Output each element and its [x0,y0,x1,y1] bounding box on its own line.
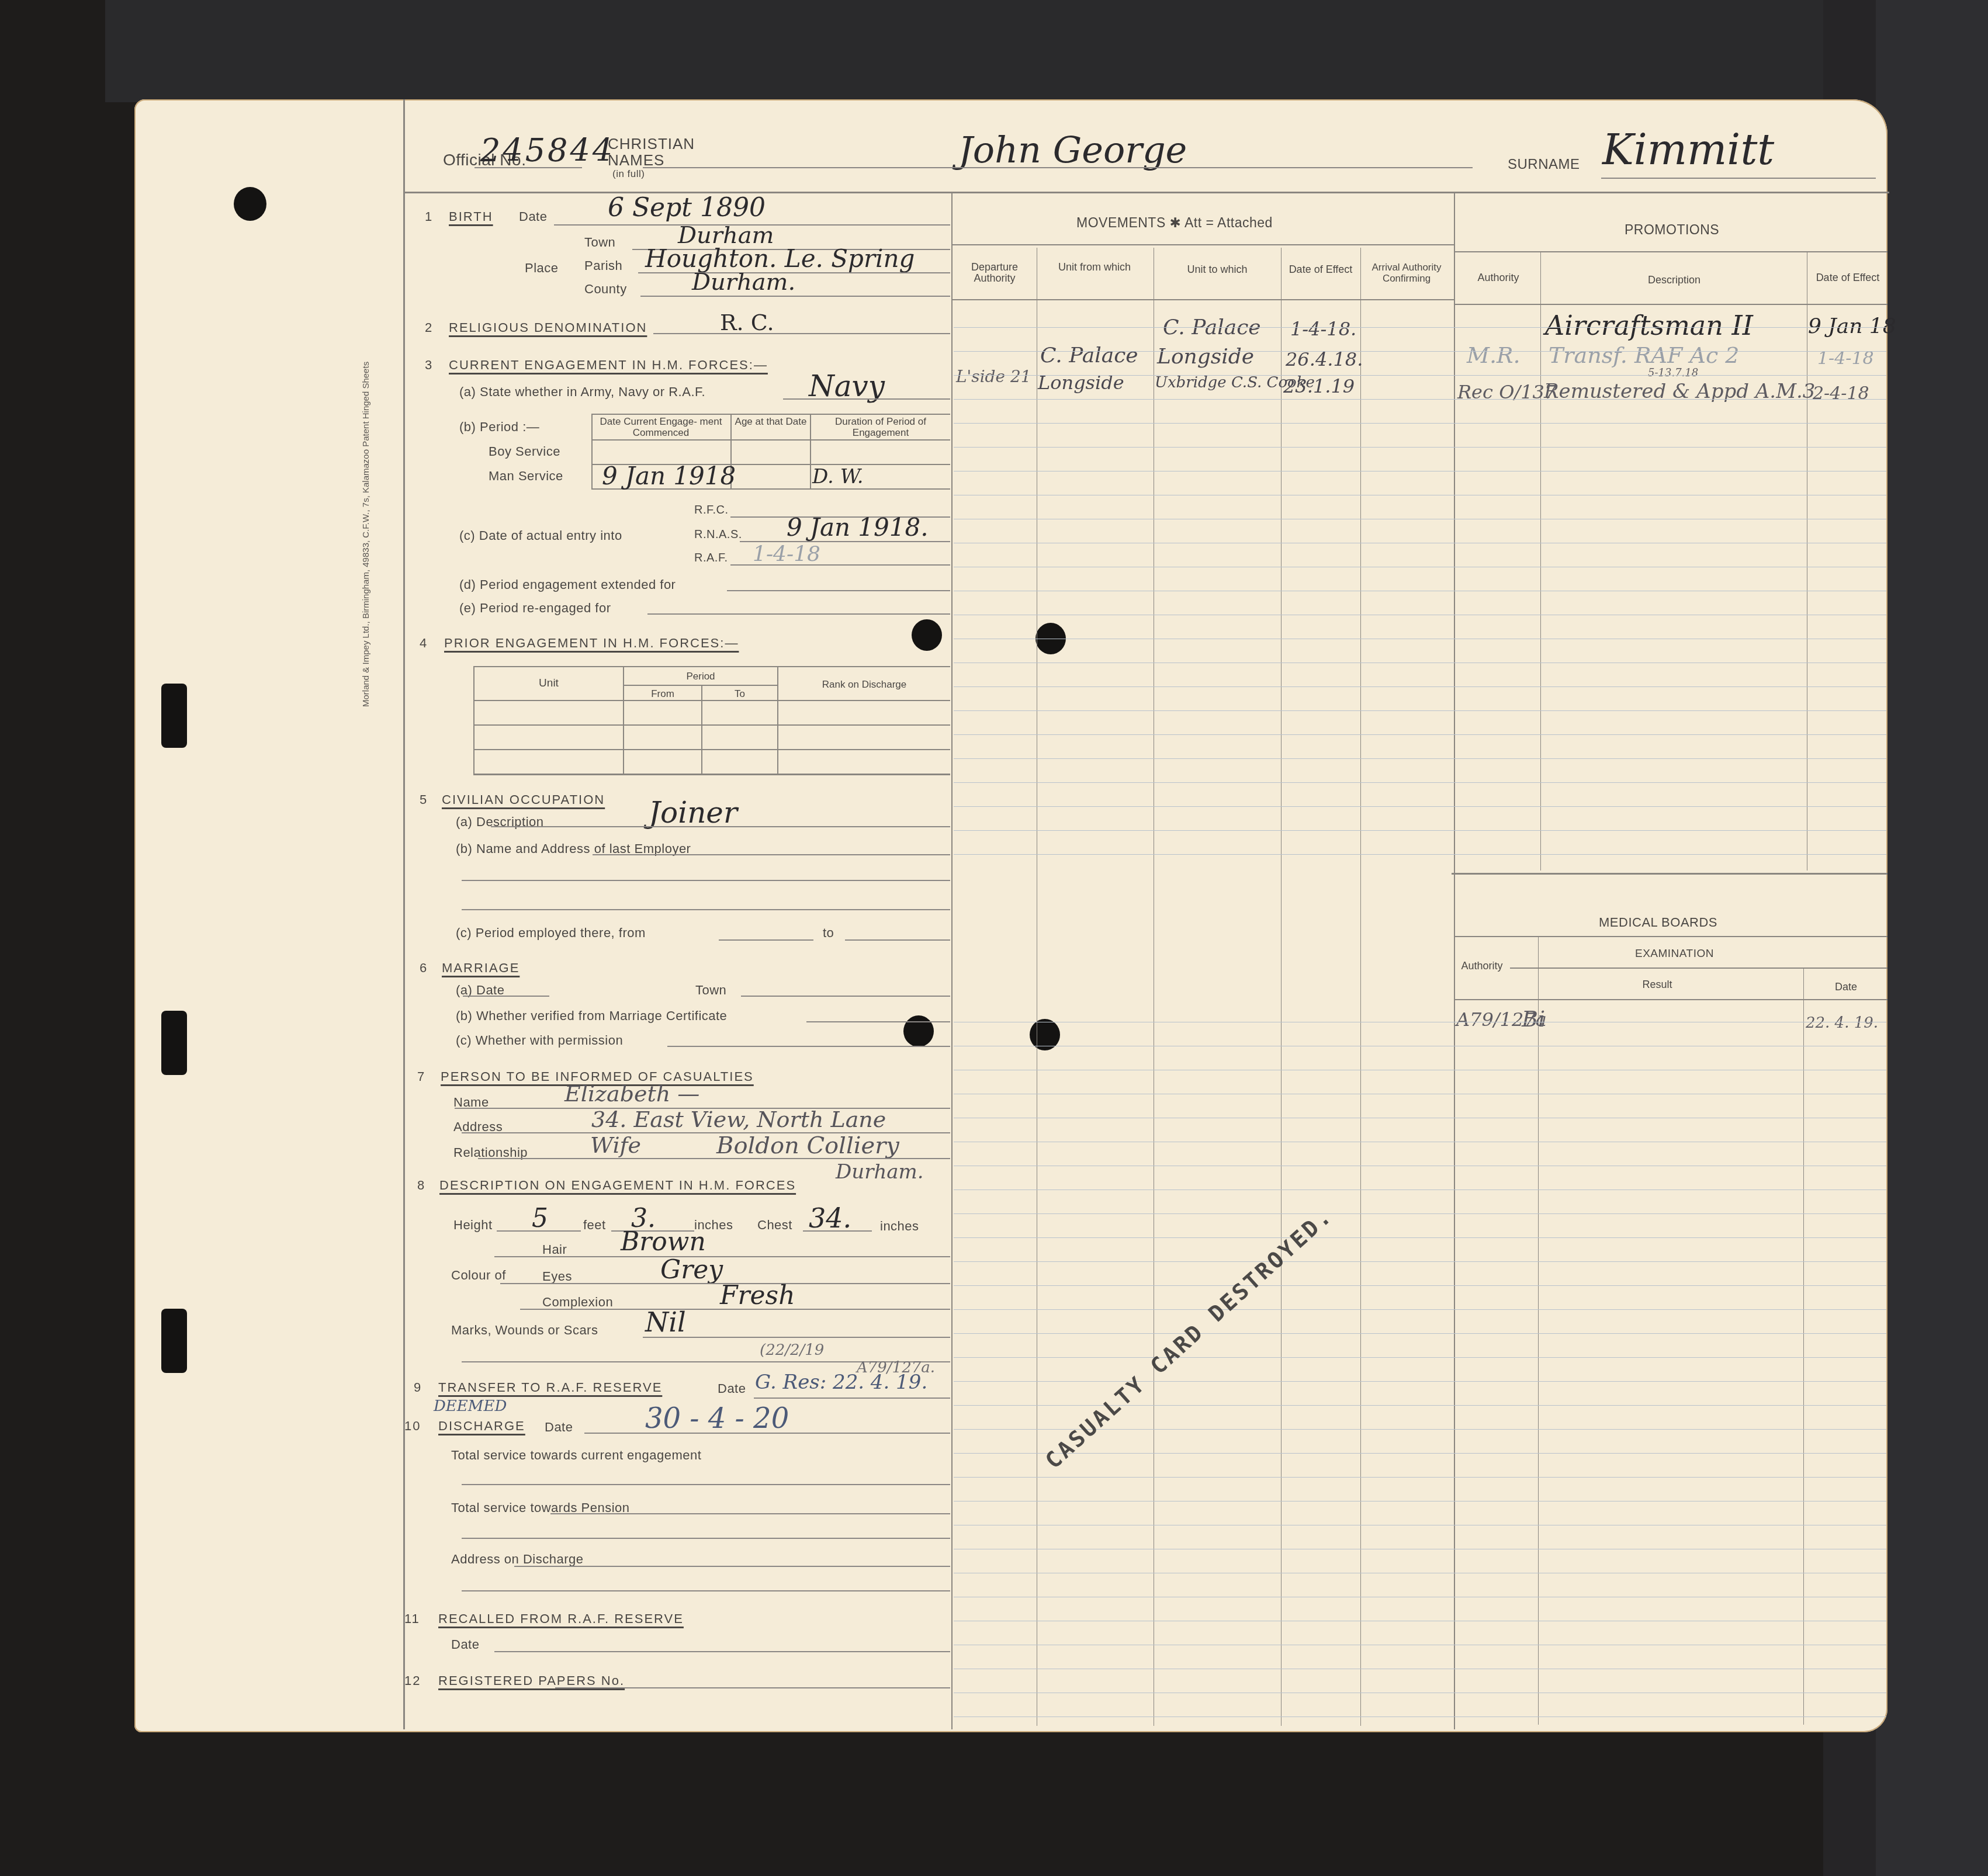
medical-boards-title-divider [1454,936,1887,937]
period-extended-line [727,590,950,591]
period-table-header-bottom [591,439,950,441]
prior-period-divider [623,685,777,686]
prior-header-to: To [702,688,777,699]
ledger-line [954,1501,1886,1502]
birth-date-label: Date [519,209,547,224]
discharge-title-text: DISCHARGE [438,1419,525,1433]
movement-row-3-departure[interactable]: L'side 21 [956,367,1031,386]
surname-value[interactable]: Kimmitt [1602,125,1774,174]
ledger-line [954,686,1886,687]
rnas-label: R.N.A.S. [694,528,742,542]
promotion-row-2-authority[interactable]: M.R. [1467,342,1521,368]
marks-value[interactable]: Nil [645,1306,686,1338]
medical-header-bottom [1454,999,1887,1000]
surname-label: SURNAME [1508,157,1580,173]
marriage-permission-label: (c) Whether with permission [456,1033,623,1048]
printer-imprint: Morland & Impey Ltd., Birmingham, 49833,… [361,362,371,707]
feet-label: feet [583,1218,606,1233]
ledger-line [954,663,1886,663]
ledger-line [954,1285,1886,1286]
recalled-title: RECALLED FROM R.A.F. RESERVE [438,1611,684,1627]
ledger-line [954,1022,1886,1022]
birth-town-label: Town [584,235,615,250]
transfer-date-line [754,1398,950,1399]
section-4-number: 4 [420,636,428,651]
birth-county-label: County [584,282,627,297]
actual-entry-label: (c) Date of actual entry into [459,528,622,543]
movements-header-unit-to: Unit to which [1156,264,1279,275]
prior-header-period: Period [624,671,777,682]
christian-names-value[interactable]: John George [958,129,1187,171]
medical-boards-title: MEDICAL BOARDS [1599,915,1717,930]
contact-relationship-line [478,1158,950,1159]
ledger-line [954,710,1886,711]
movements-col-3 [1281,248,1282,1726]
movements-header-arrival: Arrival Authority Confirming [1363,262,1450,284]
birth-date-value[interactable]: 6 Sept 1890 [608,193,766,223]
promotions-title: PROMOTIONS [1625,222,1719,238]
total-service-pension-line-2 [462,1538,950,1539]
section-12-number: 12 [404,1673,421,1688]
man-service-date-commenced[interactable]: 9 Jan 1918 [602,462,736,490]
ledger-line [954,1357,1886,1358]
promotion-row-1-date[interactable]: 9 Jan 18 [1808,314,1896,338]
period-header-duration: Duration of Period of Engagement [812,416,949,438]
service-branch-line [783,398,950,400]
colour-of-label: Colour of [451,1268,506,1283]
ledger-line [954,591,1886,591]
current-engagement-title-text: CURRENT ENGAGEMENT IN H.M. FORCES:— [449,358,768,372]
ledger-line [954,1693,1886,1693]
marriage-certificate-label: (b) Whether verified from Marriage Certi… [456,1008,727,1024]
medical-col-2 [1803,968,1804,1725]
ledger-line [954,447,1886,448]
period-header-age: Age at that Date [733,416,809,427]
ledger-line [954,1621,1886,1621]
period-reengaged-label: (e) Period re-engaged for [459,601,611,616]
contact-relationship-value[interactable]: Wife [590,1132,641,1158]
promotions-header-date: Date of Effect [1809,272,1886,283]
eyes-value[interactable]: Grey [660,1255,723,1285]
registered-papers-line [555,1687,950,1688]
transfer-date-label: Date [718,1381,746,1396]
period-employed-label: (c) Period employed there, from [456,925,646,941]
prior-table-row1 [473,724,950,726]
complexion-label: Complexion [542,1295,613,1310]
medical-row-1-result[interactable]: Bi [1522,1006,1545,1032]
hair-label: Hair [542,1242,567,1257]
promotions-title-divider [1455,251,1887,252]
chest-label: Chest [757,1218,792,1233]
marriage-date-line [463,996,549,997]
promotions-col-1 [1540,251,1541,871]
period-employed-to-label: to [823,925,834,941]
medical-row-1-date[interactable]: 22. 4. 19. [1806,1014,1878,1032]
ledger-line [954,1477,1886,1478]
raf-label: R.A.F. [694,552,728,565]
birth-place-label: Place [525,261,559,276]
height-feet-line [497,1230,581,1232]
ledger-line [954,1381,1886,1382]
movement-row-2-from[interactable]: C. Palace [1040,344,1138,367]
ledger-line [954,1237,1886,1238]
ledger-line [954,1717,1886,1717]
punch-hole-icon [234,187,266,221]
raf-line [730,564,950,566]
civilian-occupation-title: CIVILIAN OCCUPATION [442,792,605,807]
ledger-line [954,830,1886,831]
prior-table-bottom [473,774,950,775]
description-title-text: DESCRIPTION ON ENGAGEMENT IN H.M. FORCES [439,1178,796,1192]
ledger-line [954,1213,1886,1214]
discharge-date-line [584,1433,950,1434]
description-title: DESCRIPTION ON ENGAGEMENT IN H.M. FORCES [439,1178,796,1193]
prior-engagement-title: PRIOR ENGAGEMENT IN H.M. FORCES:— [444,636,739,651]
transfer-reserve-title: TRANSFER TO R.A.F. RESERVE [438,1380,662,1395]
ledger-line [954,567,1886,567]
recalled-title-text: RECALLED FROM R.A.F. RESERVE [438,1611,684,1626]
official-no-line [475,167,582,168]
height-feet-value[interactable]: 5 [532,1204,548,1233]
last-employer-line-3 [462,909,950,910]
movements-col-1 [1037,248,1037,1726]
ledger-line [954,854,1886,855]
section-11-number: 11 [404,1611,420,1627]
promotions-header-authority: Authority [1457,272,1539,283]
movement-row-1-date[interactable]: 1-4-18. [1290,318,1356,340]
discharge-title: DISCHARGE [438,1419,525,1434]
promotion-row-2-description[interactable]: Transf. RAF Ac 2 [1549,342,1740,368]
medical-examination-label: EXAMINATION [1635,948,1714,960]
contact-address-value-2[interactable]: Boldon Colliery [716,1132,899,1159]
ledger-line [954,1333,1886,1334]
ledger-line [954,1645,1886,1645]
section-9-number: 9 [414,1380,422,1395]
birth-title-text: BIRTH [449,209,493,224]
ledger-line [954,782,1886,783]
discharge-date-label: Date [545,1420,573,1435]
christian-label-line1: CHRISTIAN [608,136,695,152]
ledger-line [954,806,1886,807]
margin-rule [403,99,405,1729]
period-extended-label: (d) Period engagement extended for [459,577,676,592]
section-2-number: 2 [425,320,433,335]
chest-value[interactable]: 34. [809,1202,851,1234]
column-divider-left-form [951,193,953,1729]
period-table-col2 [810,414,811,488]
discharge-address-line-2 [462,1590,950,1591]
movements-col-4 [1360,248,1361,1726]
ledger-line [954,1166,1886,1166]
punch-hole-icon [912,619,942,651]
last-employer-line-2 [462,880,950,881]
promotion-row-1-description[interactable]: Aircraftsman II [1545,310,1753,341]
period-employed-from-line [719,939,813,941]
ledger-line [954,351,1886,352]
ledger-line [954,639,1886,639]
movements-header-divider [953,299,1454,300]
movement-row-3-date[interactable]: 23.1.19 [1283,375,1355,397]
religion-title: RELIGIOUS DENOMINATION [449,320,647,335]
contact-address-value-3[interactable]: Durham. [836,1160,924,1184]
discharge-date-value[interactable]: 30 - 4 - 20 [645,1402,789,1435]
ledger-line [954,327,1886,328]
discharge-annotation: DEEMED [434,1398,507,1415]
ledger-line [954,1309,1886,1310]
christian-names-label: CHRISTIAN NAMES [608,136,695,168]
birth-parish-label: Parish [584,258,622,273]
ledger-line [954,1261,1886,1262]
boy-service-label: Boy Service [489,444,560,459]
service-branch-label: (a) State whether in Army, Navy or R.A.F… [459,384,705,400]
ledger-line [954,423,1886,424]
religion-line [653,333,950,334]
section-1-number: 1 [425,209,433,224]
official-no-value[interactable]: 245844 [480,132,615,169]
ledger-line [954,1525,1886,1525]
section-5-number: 5 [420,792,428,807]
period-label: (b) Period :— [459,419,539,435]
period-table-col0 [591,414,593,488]
medical-header-result: Result [1511,979,1803,990]
medical-boards-top-divider [1452,873,1887,875]
marriage-certificate-line [806,1021,950,1022]
occupation-description-value[interactable]: Joiner [649,796,737,830]
marriage-permission-line [667,1046,950,1047]
prior-table-header-bottom [473,700,950,701]
movements-title-divider [953,244,1454,245]
ledger-line [954,543,1886,543]
section-3-number: 3 [425,358,433,373]
rnas-value[interactable]: 9 Jan 1918. [787,513,929,542]
ledger-line [954,1453,1886,1454]
total-service-current-label: Total service towards current engagement [451,1448,701,1463]
ledger-line [954,495,1886,495]
total-service-current-line [462,1484,950,1485]
medical-header-date: Date [1806,982,1886,993]
ledger-line [954,519,1886,519]
promotion-row-3-date[interactable]: 2-4-18 [1813,383,1869,404]
binder-tab-icon [161,1309,187,1373]
contact-name-value[interactable]: Elizabeth — [564,1081,699,1107]
marks-line [643,1337,950,1338]
promotions-header-description: Description [1543,275,1806,286]
religion-title-text: RELIGIOUS DENOMINATION [449,320,647,335]
eyes-label: Eyes [542,1269,572,1284]
period-employed-to-line [845,939,950,941]
ledger-line [954,615,1886,615]
ledger-line [954,1597,1886,1597]
contact-address-value-1[interactable]: 34. East View, North Lane [591,1107,886,1132]
prior-header-unit: Unit [475,678,623,689]
complexion-value[interactable]: Fresh [720,1281,795,1310]
prior-table-row2 [473,749,950,750]
movements-header-unit-from: Unit from which [1039,262,1150,273]
discharge-address-label: Address on Discharge [451,1552,583,1567]
height-label: Height [453,1218,493,1233]
marks-label: Marks, Wounds or Scars [451,1323,598,1338]
period-header-date: Date Current Engage- ment Commenced [594,416,728,438]
ledger-line [954,1142,1886,1142]
prior-engagement-title-text: PRIOR ENGAGEMENT IN H.M. FORCES:— [444,636,739,650]
ledger-line [954,734,1886,735]
christian-label-line2: NAMES [608,152,695,168]
raf-value[interactable]: 1-4-18 [753,542,820,566]
chest-line [803,1230,872,1232]
binder-tab-icon [161,1011,187,1075]
chest-inches-label: inches [880,1219,919,1234]
ledger-line [954,1669,1886,1669]
recalled-date-line [494,1651,950,1652]
hair-value[interactable]: Brown [621,1227,706,1257]
marriage-town-label: Town [695,983,726,998]
section-8-number: 8 [417,1178,425,1193]
ledger-line [954,375,1886,376]
discharge-address-line [514,1566,950,1567]
movements-header-date: Date of Effect [1283,264,1358,275]
movement-row-2-to[interactable]: Longside [1157,345,1254,369]
rfc-label: R.F.C. [694,504,729,517]
ledger-line [954,1046,1886,1046]
transfer-note-date: (22/2/19 [760,1341,824,1359]
ledger-line [954,1094,1886,1094]
promotion-row-3-superscript: 5-13.7.18 [1648,367,1698,379]
movements-title: MOVEMENTS ✱ Att = Attached [1076,215,1273,231]
complexion-line [520,1309,950,1310]
christian-names-line [643,167,1473,168]
binder-tab-icon [161,684,187,748]
transfer-reserve-title-text: TRANSFER TO R.A.F. RESERVE [438,1380,662,1395]
surname-line [1601,178,1876,179]
occupation-description-line [491,826,950,827]
ledger-line [954,399,1886,400]
recalled-date-label: Date [451,1637,479,1652]
prior-table-col1 [623,666,624,775]
section-6-number: 6 [420,960,428,976]
section-7-number: 7 [417,1069,425,1084]
birth-county-value[interactable]: Durham. [692,269,795,296]
registered-papers-title: REGISTERED PAPERS No. [438,1673,625,1688]
ledger-line [954,758,1886,759]
current-engagement-title: CURRENT ENGAGEMENT IN H.M. FORCES:— [449,358,768,373]
promotions-col-2 [1807,251,1807,871]
medical-examination-divider [1510,968,1887,969]
civilian-occupation-title-text: CIVILIAN OCCUPATION [442,792,605,807]
binder-cover-right-edge [1876,0,1988,1876]
prior-header-rank: Rank on Discharge [778,679,950,690]
promotion-row-3-description[interactable]: Remustered & Appd A.M.3 [1544,380,1815,403]
ledger-line [954,1070,1886,1070]
punch-hole-icon [903,1015,934,1047]
section-birth-title: BIRTH [449,209,493,224]
man-service-duration[interactable]: D. W. [812,465,863,488]
period-reengaged-line [647,613,950,615]
occupation-description-label: (a) Description [456,814,544,830]
man-service-label: Man Service [489,469,563,484]
prior-table-top [473,666,950,667]
marriage-town-line [741,996,950,997]
movements-col-2 [1154,248,1154,1726]
ledger-line [954,1573,1886,1573]
transfer-date-value[interactable]: G. Res: 22. 4. 19. [755,1371,927,1394]
ledger-line [954,1118,1886,1118]
in-full-label: (in full) [612,168,645,180]
registered-papers-title-text: REGISTERED PAPERS No. [438,1673,625,1688]
promotions-header-divider [1455,304,1887,305]
section-10-number: 10 [404,1419,421,1434]
marriage-title: MARRIAGE [442,960,519,976]
birth-county-line [640,296,950,297]
total-service-pension-line [550,1513,950,1514]
binder-cover-top [105,0,1988,102]
medical-header-authority: Authority [1455,960,1509,972]
ledger-line [954,1549,1886,1549]
ledger-line [954,1190,1886,1190]
period-table-top [591,414,950,415]
ledger-line [954,471,1886,471]
movements-header-departure: Departure Authority [956,262,1033,284]
medical-col-1 [1538,936,1539,1725]
prior-header-from: From [624,688,701,699]
religion-value[interactable]: R. C. [720,310,774,335]
promotion-row-3-authority[interactable]: Rec O/137 [1457,381,1556,403]
marriage-title-text: MARRIAGE [442,960,519,975]
last-employer-line-1 [593,854,950,855]
